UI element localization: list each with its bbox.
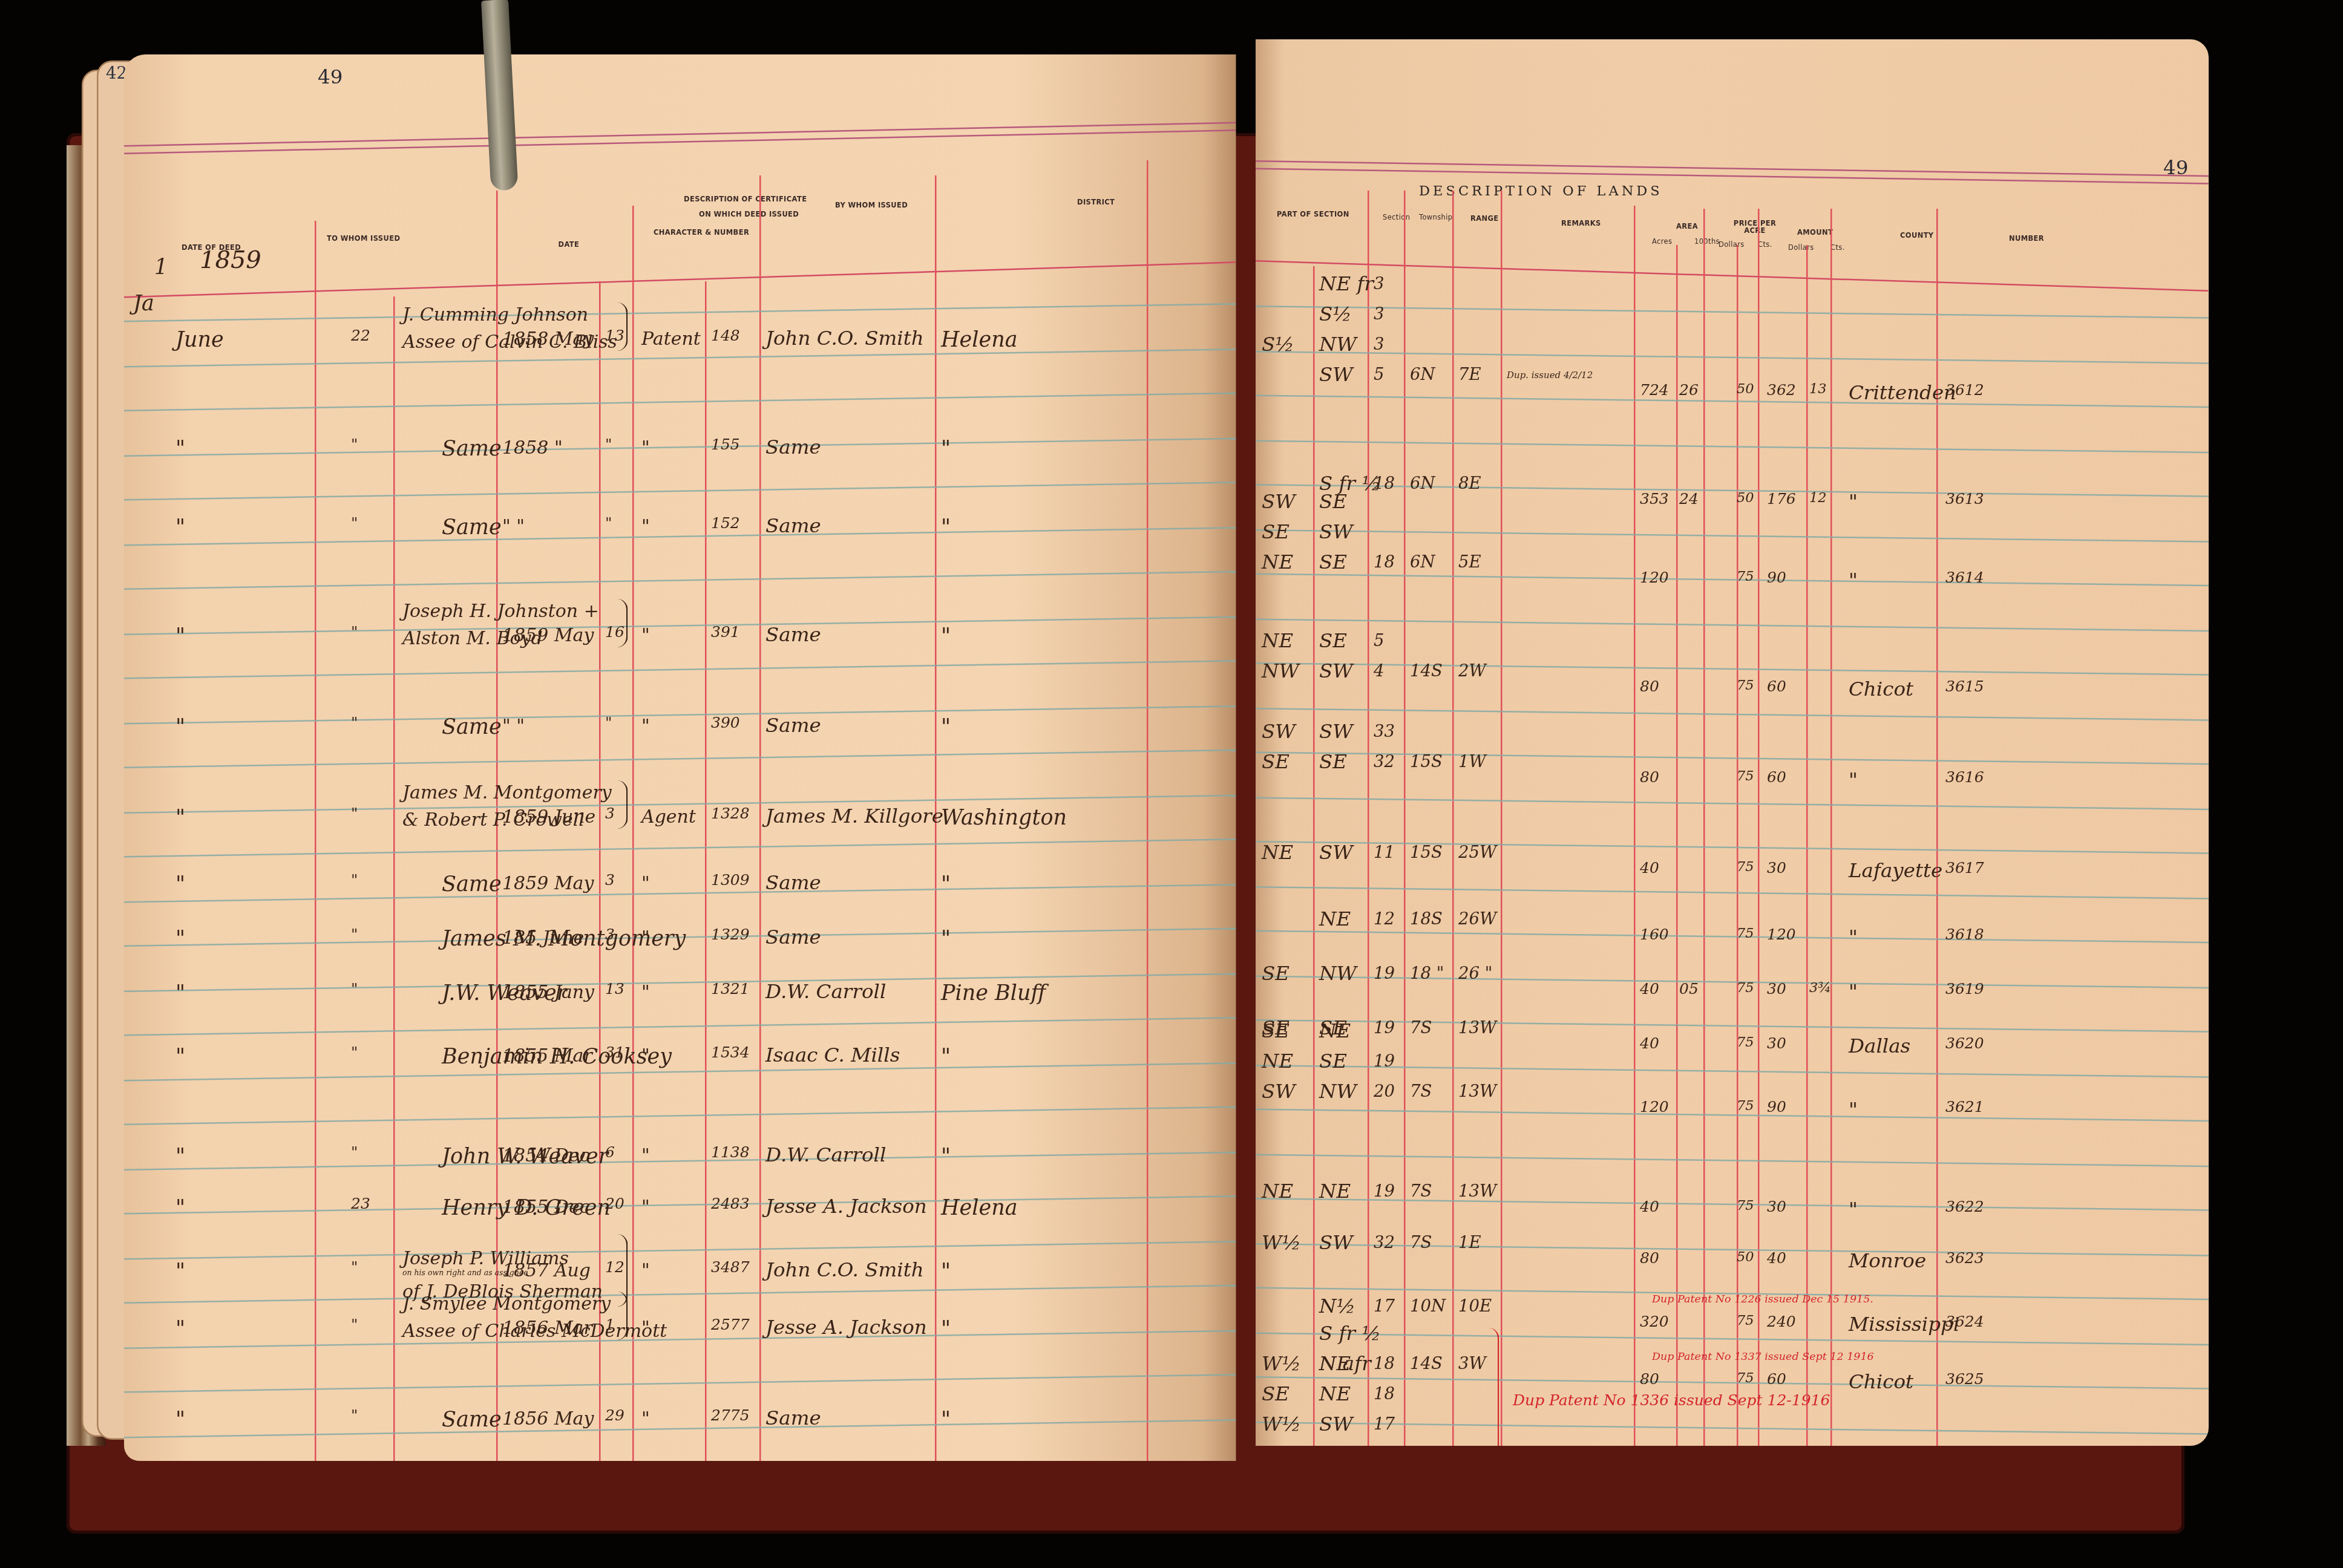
district: " [941, 1410, 951, 1431]
amount-dollars: 120 [1767, 929, 1796, 944]
acres: 120 [1640, 1101, 1669, 1116]
certificate-character: " [641, 983, 650, 1001]
ruled-line [124, 1151, 1236, 1169]
issued-by: Isaac C. Mills [765, 1047, 900, 1067]
township: 7S [1410, 1183, 1432, 1200]
header-township: Township [1419, 215, 1453, 223]
header-to-whom-issued: TO WHOM ISSUED [327, 236, 400, 244]
county: " [1849, 771, 1858, 791]
amount-dollars: 30 [1767, 862, 1786, 877]
deed-month: " [175, 626, 185, 647]
grantee-name: Same [442, 717, 502, 738]
red-brace [1489, 1328, 1499, 1446]
grantee-name: Same [442, 439, 502, 460]
range: 3W [1458, 1355, 1486, 1372]
certificate-character: " [641, 1146, 650, 1165]
acres: 40 [1640, 983, 1659, 998]
col-rule [1501, 191, 1502, 1446]
part-of-section: N½ [1319, 1298, 1355, 1318]
part-qtr: NE [1262, 1183, 1293, 1203]
certificate-day: 6 [605, 1146, 615, 1161]
price-cents: 75 [1737, 1037, 1754, 1051]
district: Pine Bluff [941, 983, 1046, 1004]
deed-day: " [351, 439, 358, 454]
deed-month: " [175, 808, 185, 829]
part-qtr: W½ [1262, 1234, 1301, 1254]
range: 13W [1458, 1183, 1496, 1200]
part-qtr: SE [1262, 753, 1289, 773]
header-bottom-rule [124, 261, 1236, 298]
col-rule [705, 281, 707, 1461]
part-qtr: SE [1262, 965, 1289, 985]
record-number: 3618 [1945, 929, 1984, 944]
deed-month: " [175, 1198, 185, 1219]
hundredths: 05 [1679, 983, 1699, 998]
deed-day: " [351, 1146, 358, 1161]
header-area: AREA [1676, 224, 1698, 232]
part-qtr: SE [1262, 1385, 1289, 1405]
district: " [941, 626, 951, 647]
certificate-date: " " [502, 717, 525, 735]
county: " [1849, 1201, 1858, 1221]
header-amount-dollars: Dollars [1788, 245, 1814, 253]
part-of-section: N afr [1319, 1355, 1371, 1375]
part-qtr: NW [1262, 662, 1299, 682]
record-number: 3612 [1945, 384, 1984, 399]
section: 12 [1374, 910, 1395, 927]
district: " [941, 717, 951, 738]
ruled-line [1256, 305, 2209, 319]
certificate-character: Patent [641, 330, 701, 348]
part-of-section: NE [1319, 910, 1351, 930]
ruled-line [1256, 1421, 2209, 1434]
ruled-line [124, 1240, 1236, 1259]
col-rule [1634, 206, 1636, 1446]
header-section: Section [1383, 215, 1410, 223]
ruled-line [1256, 752, 2209, 765]
price-cents: 75 [1737, 862, 1754, 876]
part-qtr: W½ [1262, 1355, 1301, 1375]
range: 8E [1458, 475, 1481, 492]
left-page[interactable]: 49 DESCRIPTION OF CERTIFICATE ON WHICH D… [124, 54, 1236, 1461]
township: 6N [1410, 366, 1435, 383]
section: 3 [1374, 305, 1384, 322]
header-price-cts: Cts. [1758, 242, 1772, 250]
ruled-line [1256, 707, 2209, 720]
margin-mark: Ja [133, 293, 154, 315]
deed-day: " [351, 1319, 358, 1334]
record-number: 3622 [1945, 1201, 1984, 1216]
ruled-line [1256, 930, 2209, 944]
acres: 80 [1640, 771, 1659, 786]
part-qtr: SE [1262, 523, 1289, 543]
ruled-line [1256, 1064, 2209, 1077]
section: 32 [1374, 1234, 1395, 1251]
ruled-line [124, 526, 1236, 545]
certificate-number: 1309 [711, 874, 750, 889]
part-qtr: NE [1262, 844, 1293, 864]
deed-day: 22 [351, 330, 370, 345]
certificate-number: 1329 [711, 929, 750, 944]
ruled-line [124, 1374, 1236, 1393]
grantee-name: James M. Montgomery [402, 783, 612, 802]
ruled-line [124, 1195, 1236, 1214]
certificate-day: 20 [605, 1198, 624, 1213]
county: " [1849, 1101, 1858, 1121]
certificate-day: " [605, 717, 612, 732]
certificate-date: 1854 Dec [502, 1146, 589, 1165]
part-qtr: NE [1262, 632, 1293, 652]
certificate-date: 1858 May [502, 330, 594, 348]
part-of-section: S½ [1319, 305, 1352, 325]
certificate-day: 13 [605, 330, 624, 345]
range: 13W [1458, 1083, 1496, 1100]
county: " [1849, 493, 1858, 513]
record-number: 3617 [1945, 862, 1984, 877]
header-number: NUMBER [2009, 236, 2044, 244]
range: 5E [1458, 554, 1481, 570]
certificate-number: 2775 [711, 1410, 750, 1425]
header-double-rule [124, 122, 1236, 154]
col-rule [632, 206, 634, 1461]
col-rule [1368, 191, 1369, 1446]
part-qtr: S½ [1262, 336, 1294, 356]
section: 18 [1374, 475, 1395, 492]
deed-month: " [175, 874, 185, 895]
section: 3 [1374, 275, 1384, 292]
certificate-date: 1855 Mar [502, 1047, 592, 1065]
deed-day: " [351, 808, 358, 823]
certificate-character: " [641, 929, 650, 947]
deed-month: " [175, 929, 185, 950]
header-part-of-section: PART OF SECTION [1277, 212, 1349, 220]
record-number: 3616 [1945, 771, 1984, 786]
price-cents: 50 [1737, 1252, 1754, 1266]
issued-by: Same [765, 439, 821, 459]
part-of-section: SW [1319, 662, 1353, 682]
deed-month: " [175, 439, 185, 460]
ruled-line [124, 348, 1236, 367]
col-rule [1147, 160, 1149, 1461]
certificate-date: " " [502, 517, 525, 535]
part-qtr: SE [1262, 1022, 1289, 1042]
deed-month: " [175, 983, 185, 1004]
acres: 40 [1640, 1201, 1659, 1216]
part-of-section: SE [1319, 753, 1347, 773]
header-district: DISTRICT [1077, 200, 1115, 207]
ruled-line [124, 1106, 1236, 1125]
deed-day: " [351, 1047, 358, 1062]
certificate-number: 1534 [711, 1047, 750, 1062]
township: 6N [1410, 554, 1435, 570]
ruled-line [124, 1017, 1236, 1036]
issued-by: Same [765, 717, 821, 737]
range: 2W [1458, 662, 1486, 679]
col-rule [759, 175, 761, 1461]
grantee-name: Same [442, 517, 502, 538]
right-page[interactable]: 49 DESCRIPTION OF LANDS PART OF SECTION … [1256, 39, 2209, 1446]
certificate-day: 3 [605, 808, 615, 823]
issued-by: Same [765, 874, 821, 894]
deed-month: " [175, 1410, 185, 1431]
township: 15S [1410, 844, 1443, 861]
header-price-dollars: Dollars [1719, 242, 1745, 250]
district: " [941, 517, 951, 538]
ruled-line [1256, 395, 2209, 408]
section: 19 [1374, 1019, 1395, 1036]
deed-day: 23 [351, 1198, 370, 1213]
price-cents: 75 [1737, 681, 1754, 694]
red-annotation: Dup Patent No 1336 issued Sept 12-1916 [1513, 1394, 1830, 1410]
certificate-date: 1859 May [502, 626, 594, 644]
amount-dollars: 40 [1767, 1252, 1786, 1267]
certificate-number: 2577 [711, 1319, 750, 1334]
amount-cents: 3¾ [1809, 983, 1831, 997]
township: 14S [1410, 662, 1443, 679]
ruled-line [1256, 618, 2209, 631]
header-remarks: REMARKS [1561, 221, 1601, 229]
part-of-section: SE [1319, 554, 1347, 573]
record-number: 3615 [1945, 681, 1984, 696]
township: 7S [1410, 1019, 1432, 1036]
section: 11 [1374, 844, 1395, 861]
ruled-line [124, 1419, 1236, 1437]
col-rule [1452, 191, 1454, 1446]
section: 19 [1374, 1183, 1395, 1200]
header-acres: Acres [1652, 239, 1672, 247]
grantee-name: J. Cumming Johnson [402, 305, 588, 324]
record-number: 3625 [1945, 1373, 1984, 1388]
district: " [941, 1261, 951, 1282]
certificate-character: " [641, 1410, 650, 1428]
ruled-line [124, 838, 1236, 857]
township: 7S [1410, 1234, 1432, 1251]
part-of-section: S fr ½ [1319, 1325, 1381, 1345]
issued-by: Jesse A. Jackson [765, 1198, 927, 1218]
part-qtr: NE [1262, 1053, 1293, 1073]
district: Helena [941, 330, 1018, 351]
record-number: 3624 [1945, 1316, 1984, 1331]
certificate-day: 3 [605, 874, 615, 889]
margin-mark: 1 [154, 257, 168, 278]
section: 19 [1374, 1053, 1395, 1070]
certificate-number: 152 [711, 517, 740, 532]
year: 1859 [200, 248, 261, 272]
price-cents: 75 [1737, 1101, 1754, 1115]
ruled-line [1256, 573, 2209, 587]
county: " [1849, 983, 1858, 1003]
col-rule [1404, 191, 1406, 1446]
price-cents: 50 [1737, 493, 1754, 507]
ruled-line [124, 1062, 1236, 1080]
header-range: RANGE [1470, 217, 1499, 224]
remarks: Dup. issued 4/2/12 [1507, 372, 1593, 381]
county: Chicot [1849, 1373, 1913, 1393]
certificate-date: 1857 Aug [502, 1261, 591, 1279]
ruled-line [124, 660, 1236, 679]
certificate-day: " [605, 517, 612, 532]
part-of-section: SW [1319, 366, 1353, 386]
part-of-section: SE [1319, 493, 1347, 513]
ruled-line [124, 1329, 1236, 1348]
col-rule [1313, 266, 1315, 1446]
grantee-name: Joseph H. Johnston + [402, 602, 599, 620]
section: 18 [1374, 554, 1395, 570]
deed-day: " [351, 626, 358, 641]
certificate-day: 12 [605, 1261, 624, 1276]
township: 10N [1410, 1298, 1446, 1315]
range: 25W [1458, 844, 1496, 861]
certificate-date: 185 June [502, 929, 584, 947]
ruled-line [1256, 1153, 2209, 1166]
issued-by: John C.O. Smith [765, 330, 924, 350]
ruled-line [1256, 1243, 2209, 1256]
ruled-line [124, 437, 1236, 456]
part-of-section: SW [1319, 723, 1353, 743]
ruled-line [1256, 841, 2209, 854]
col-rule [1830, 209, 1832, 1446]
certificate-date: 1856 May [502, 1410, 594, 1428]
ruled-line [1256, 350, 2209, 364]
deed-day: " [351, 1261, 358, 1276]
col-rule [1806, 245, 1808, 1446]
certificate-character: " [641, 439, 650, 457]
amount-dollars: 30 [1767, 1201, 1786, 1216]
certificate-day: 29 [605, 1410, 624, 1425]
part-of-section: NE fr [1319, 275, 1374, 295]
header-by-whom-issued: BY WHOM ISSUED [835, 203, 908, 211]
certificate-date: 1858 " [502, 439, 563, 457]
certificate-character: Agent [641, 808, 696, 826]
section: 5 [1374, 632, 1384, 649]
deed-day: " [351, 517, 358, 532]
brace [617, 1292, 628, 1340]
record-number: 3619 [1945, 983, 1984, 998]
deed-day: " [351, 874, 358, 889]
left-page-number: 49 [318, 67, 342, 90]
acres: 320 [1640, 1316, 1669, 1331]
ruled-line [124, 303, 1236, 322]
amount-dollars: 176 [1767, 493, 1796, 508]
district: " [941, 1319, 951, 1340]
issued-by: Jesse A. Jackson [765, 1319, 927, 1339]
certificate-day: 31 [605, 1047, 624, 1062]
part-of-section: NE [1319, 1385, 1351, 1405]
district: " [941, 1146, 951, 1168]
certificate-character: " [641, 1319, 650, 1337]
amount-cents: 12 [1809, 493, 1827, 507]
deed-month: June [175, 330, 224, 351]
certificate-number: 1138 [711, 1146, 750, 1161]
record-number: 3614 [1945, 572, 1984, 587]
ruled-line [1256, 1198, 2209, 1211]
header-double-rule [1256, 160, 2209, 185]
county: Dallas [1849, 1037, 1910, 1057]
header-lands-group: DESCRIPTION OF LANDS [1419, 185, 1663, 200]
ruled-line [124, 482, 1236, 500]
col-rule [1758, 209, 1760, 1446]
certificate-day: " [605, 439, 612, 454]
county: Monroe [1849, 1252, 1926, 1272]
price-cents: 75 [1737, 572, 1754, 586]
certificate-character: " [641, 717, 650, 735]
col-rule [393, 296, 395, 1461]
part-of-section: SE [1319, 1053, 1347, 1073]
ruled-line [124, 705, 1236, 724]
brace [617, 780, 628, 829]
district: " [941, 1047, 951, 1068]
ruled-line [1256, 529, 2209, 542]
issued-by: D.W. Carroll [765, 1146, 886, 1166]
deed-day: " [351, 929, 358, 944]
acres: 40 [1640, 1037, 1659, 1053]
acres: 80 [1640, 681, 1659, 696]
part-of-section: NW [1319, 336, 1357, 356]
section: 18 [1374, 1385, 1395, 1402]
header-certificate-group: DESCRIPTION OF CERTIFICATE [684, 197, 807, 204]
ruled-line [1256, 886, 2209, 899]
price-cents: 75 [1737, 1316, 1754, 1330]
township: 7S [1410, 1083, 1432, 1100]
certificate-character: " [641, 1261, 650, 1279]
part-qtr: NE [1262, 554, 1293, 573]
section: 5 [1374, 366, 1384, 383]
ruled-line [1256, 975, 2209, 988]
amount-cents: 13 [1809, 384, 1827, 398]
range: 1W [1458, 753, 1486, 770]
certificate-number: 1321 [711, 983, 750, 998]
deed-day: " [351, 1410, 358, 1425]
certificate-date: 1856 Mar [502, 1319, 592, 1337]
issued-by: James M. Killgore [765, 808, 943, 828]
acres: 353 [1640, 493, 1669, 508]
part-qtr: SW [1262, 493, 1296, 513]
amount-dollars: 90 [1767, 1101, 1786, 1116]
acres: 40 [1640, 862, 1659, 877]
ruled-line [124, 393, 1236, 411]
certificate-date: 1855 Jany [502, 983, 594, 1001]
amount-dollars: 30 [1767, 983, 1786, 998]
ruled-line [1256, 1331, 2209, 1345]
county: " [1849, 572, 1858, 592]
ruled-line [1256, 1019, 2209, 1033]
issued-by: Same [765, 1410, 821, 1429]
amount-dollars: 30 [1767, 1037, 1786, 1053]
deed-day: " [351, 717, 358, 732]
certificate-number: 155 [711, 439, 740, 454]
amount-dollars: 60 [1767, 771, 1786, 786]
certificate-number: 2483 [711, 1198, 750, 1213]
certificate-character: " [641, 626, 650, 644]
amount-dollars: 240 [1767, 1316, 1796, 1331]
amount-dollars: 362 [1767, 384, 1796, 399]
deed-day: " [351, 983, 358, 998]
price-cents: 75 [1737, 1373, 1754, 1387]
range: 26W [1458, 910, 1496, 927]
range: 26 " [1458, 965, 1492, 982]
certificate-day: 1 [605, 1319, 615, 1334]
section: 4 [1374, 662, 1384, 679]
issued-by: D.W. Carroll [765, 983, 886, 1003]
part-of-section: SW [1319, 523, 1353, 543]
certificate-number: 390 [711, 717, 740, 732]
district: Washington [941, 808, 1067, 829]
part-of-section: NE [1319, 1022, 1351, 1042]
ruled-line [124, 615, 1236, 634]
record-number: 3613 [1945, 493, 1984, 508]
certificate-number: 148 [711, 330, 740, 345]
certificate-number: 3487 [711, 1261, 750, 1276]
